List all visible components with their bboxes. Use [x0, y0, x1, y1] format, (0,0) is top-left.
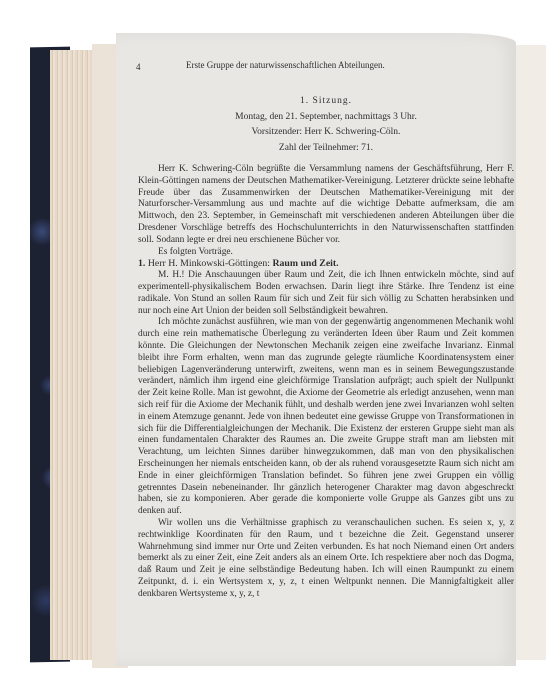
page-header: 4 Erste Gruppe der naturwissenschaftlich…: [138, 58, 514, 78]
session-chair: Vorsitzender: Herr K. Schwering-Cöln.: [138, 125, 514, 141]
paragraph: Wir wollen uns die Verhältnisse graphisc…: [138, 518, 514, 601]
page-content: 4 Erste Gruppe der naturwissenschaftlich…: [138, 58, 514, 600]
paragraph: Es folgten Vorträge.: [138, 247, 514, 259]
right-page-edge: [516, 45, 546, 660]
lecture-title: Raum und Zeit.: [272, 258, 338, 269]
paragraph: M. H.! Die Anschauungen über Raum und Ze…: [138, 270, 514, 317]
session-title: 1. Sitzung.: [138, 94, 514, 110]
lecture-speaker: Herr H. Minkowski-Göttingen:: [148, 258, 270, 269]
session-participants: Zahl der Teilnehmer: 71.: [138, 141, 514, 157]
running-head: Erste Gruppe der naturwissenschaftlichen…: [186, 60, 385, 70]
session-date: Montag, den 21. September, nachmittags 3…: [138, 110, 514, 126]
lecture-heading: 1. Herr H. Minkowski-Göttingen: Raum und…: [138, 258, 514, 270]
page-number: 4: [136, 62, 141, 72]
paragraph: Herr K. Schwering-Cöln begrüßte die Vers…: [138, 164, 514, 247]
lecture-number: 1.: [138, 258, 145, 269]
paragraph: Ich möchte zunächst ausführen, wie man v…: [138, 317, 514, 518]
body-text: Herr K. Schwering-Cöln begrüßte die Vers…: [138, 164, 514, 600]
